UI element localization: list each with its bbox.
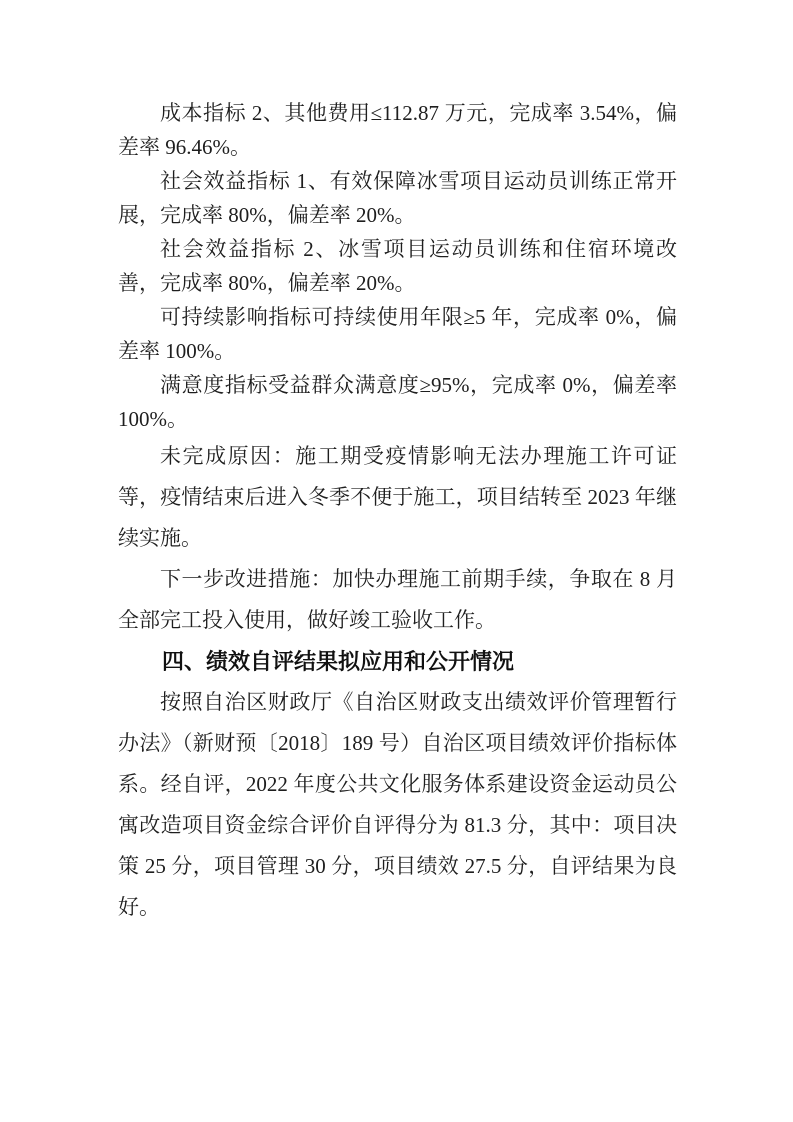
paragraph-incomplete-reason: 未完成原因：施工期受疫情影响无法办理施工许可证等，疫情结束后进入冬季不便于施工，…	[118, 436, 677, 559]
paragraph-next-steps: 下一步改进措施：加快办理施工前期手续，争取在 8 月全部完工投入使用，做好竣工验…	[118, 559, 677, 641]
paragraph-social-benefit-indicator-2: 社会效益指标 2、冰雪项目运动员训练和住宿环境改善，完成率 80%，偏差率 20…	[118, 232, 677, 300]
paragraph-social-benefit-indicator-1: 社会效益指标 1、有效保障冰雪项目运动员训练正常开展，完成率 80%，偏差率 2…	[118, 164, 677, 232]
paragraph-sustainability-indicator: 可持续影响指标可持续使用年限≥5 年，完成率 0%，偏差率 100%。	[118, 300, 677, 368]
paragraph-cost-indicator-2: 成本指标 2、其他费用≤112.87 万元，完成率 3.54%，偏差率 96.4…	[118, 96, 677, 164]
paragraph-satisfaction-indicator: 满意度指标受益群众满意度≥95%，完成率 0%，偏差率 100%。	[118, 368, 677, 436]
section-heading-four-self-eval-results: 四、绩效自评结果拟应用和公开情况	[118, 641, 677, 682]
paragraph-self-eval-result: 按照自治区财政厅《自治区财政支出绩效评价管理暂行办法》（新财预〔2018〕189…	[118, 682, 677, 928]
document-page: 成本指标 2、其他费用≤112.87 万元，完成率 3.54%，偏差率 96.4…	[0, 0, 793, 1122]
document-body: 成本指标 2、其他费用≤112.87 万元，完成率 3.54%，偏差率 96.4…	[118, 96, 677, 928]
